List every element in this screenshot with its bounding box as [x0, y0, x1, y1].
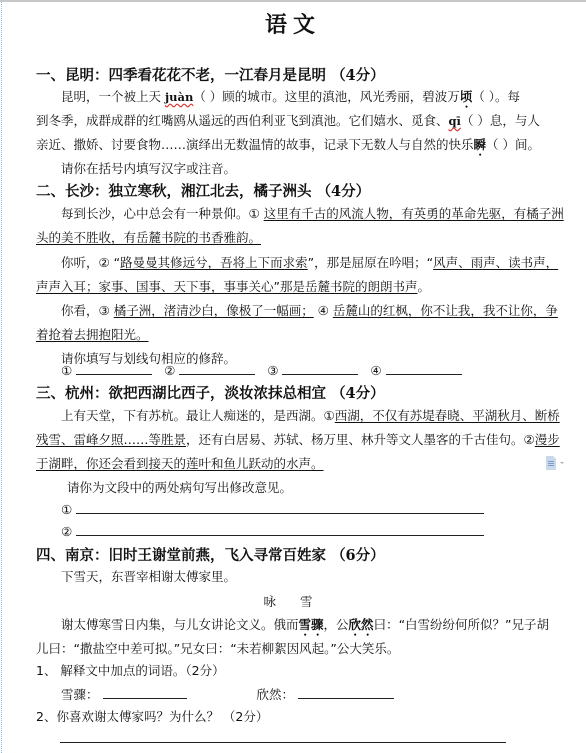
text: ，还有白居易、苏轼、杨万里、林升等文人墨客的千古佳句。②	[186, 432, 535, 447]
section-3-points: （4分）	[331, 385, 385, 402]
answer-label-2: ②	[61, 524, 72, 539]
field-label-xinran: 欣然：	[256, 687, 294, 702]
s2-line-1: 每到长沙，心中总会有一种景仰。① 这里有千古的风流人物，有英勇的革命先驱，有橘子…	[36, 201, 586, 226]
text: 每到长沙，心中总会有一种景仰。①	[61, 206, 264, 221]
answer-line-2[interactable]	[76, 521, 484, 536]
text: （ ）息，与人	[461, 113, 540, 128]
field-blank-xinran[interactable]	[298, 684, 394, 699]
underlined-sentence-1: 这里有千古的风流人物，有英勇的革命先驱，有橘子洲	[264, 206, 564, 221]
answer-label-3: ③	[267, 363, 278, 378]
s1-instruction: 请你在括号内填写汉字或注音。	[36, 156, 586, 181]
text: （ ）间。	[486, 137, 540, 152]
s2-line-5: 你看，③ 橘子洲，渚清沙白，像极了一幅画； ④ 岳麓山的红枫，你不让我，我不让你…	[36, 298, 586, 323]
text: ”，那是屈原在吟唱；“	[308, 255, 433, 270]
section-1-points: （4分）	[331, 67, 385, 84]
question-1-label: 1、 解释文中加点的词语。（2分）	[36, 663, 225, 678]
underlined-sentence-4: 岳麓山的红枫，你不让我，我不让你，争	[333, 303, 558, 318]
section-1-heading: 一、昆明：四季看花花不老，一江春月是昆明 （4分）	[36, 64, 385, 85]
s1-line-2: 到冬季，成群成群的红嘴鸥从遥远的西伯利亚飞到滇池。它们嬉水、觅食、qī（ ）息，…	[36, 108, 570, 134]
field-blank-xuezhou[interactable]	[103, 684, 187, 699]
underlined-faulty-sentence-1-cont: 残雪、雷峰夕照……等胜景	[36, 432, 186, 447]
section-4-heading-text: 四、南京：旧时王谢堂前燕，飞入寻常百姓家	[36, 547, 326, 564]
answer-label-2: ②	[164, 363, 175, 378]
text: （ ）。每	[472, 89, 520, 104]
text: 你听，② “	[61, 255, 120, 270]
section-3-heading-text: 三、杭州：欲把西湖比西子，淡妆浓抹总相宜	[36, 385, 326, 402]
text: 亲近、撒娇、讨要食物……演绎出无数温情的故事，记录下无数人与自然的快乐	[36, 137, 474, 152]
section-2-points: （4分）	[317, 183, 371, 200]
underlined-sentence-4-cont: 着抢着去拥抱阳光。	[36, 327, 149, 342]
section-3-heading: 三、杭州：欲把西湖比西子，淡妆浓抹总相宜 （4分）	[36, 382, 385, 403]
underlined-quote-cont: 声声入耳；家事、国事、天下事，事事关心	[36, 279, 274, 294]
text: 下雪天，东晋宰相谢太傅家里。	[61, 569, 236, 584]
document-page[interactable]: 语文 一、昆明：四季看花花不老，一江春月是昆明 （4分） 昆明，一个被上天 ju…	[0, 0, 586, 753]
s4-line-1: 谢太傅寒雪日内集，与儿女讲论文义。俄而雪骤，公欣然曰：“白雪纷纷何所似？”兄子胡	[36, 612, 586, 639]
text: ④	[314, 303, 333, 318]
underlined-sentence-1-cont: 头的美不胜收，有岳麓书院的书香雅韵。	[36, 230, 261, 245]
text: 曰：“白雪纷纷何所似？”兄子胡	[374, 617, 549, 632]
underlined-sentence-2: 路曼曼其修远兮，吾将上下而求索	[120, 255, 308, 270]
underlined-faulty-sentence-1: 西湖，不仅有苏堤春晓、平湖秋月、断桥	[335, 408, 560, 423]
answer-blank-1[interactable]	[76, 360, 152, 375]
s1-line-1: 昆明，一个被上天 juàn（ ）顾的城市。这里的滇池，风光秀丽，碧波万顷（ ）。…	[36, 84, 586, 111]
s4-question-2: 2、你喜欢谢太傅家吗？为什么？ （2分）	[36, 704, 570, 729]
s3-line-1: 上有天堂，下有苏杭。最让人痴迷的，是西湖。①西湖，不仅有苏堤春晓、平湖秋月、断桥	[36, 403, 586, 428]
text: 谢太傅寒雪日内集，与儿女讲论文义。俄而	[61, 617, 299, 632]
s4-intro: 下雪天，东晋宰相谢太傅家里。	[36, 564, 586, 589]
answer-label-1: ①	[61, 363, 72, 378]
text: 昆明，一个被上天	[61, 89, 165, 104]
section-4-heading: 四、南京：旧时王谢堂前燕，飞入寻常百姓家 （6分）	[36, 544, 385, 565]
answer-line-1[interactable]	[76, 499, 484, 514]
document-options-icon[interactable]	[545, 456, 557, 470]
s2-line-3: 你听，② “路曼曼其修远兮，吾将上下而求索”，那是屈原在吟唱；“风声、雨声、读书…	[36, 250, 586, 275]
s2-line-6: 着抢着去拥抱阳光。	[36, 322, 570, 347]
s2-line-4: 声声入耳；家事、国事、天下事，事事关心”那是岳麓书院的朗朗书声。	[36, 274, 570, 299]
underlined-faulty-sentence-2: 漫步	[535, 432, 560, 447]
dotted-char-shun: 瞬	[474, 137, 487, 152]
underlined-sentence-3: 橘子洲，渚清沙白，像极了一幅画；	[114, 303, 314, 318]
s3-line-3: 于湖畔，你还会看到接天的莲叶和鱼儿跃动的水声。	[36, 451, 570, 476]
section-2-heading: 二、长沙：独立寒秋，湘江北去，橘子洲头 （4分）	[36, 180, 370, 201]
pinyin-juan: juàn	[165, 90, 193, 104]
underlined-quote: 风声、雨声、读书声，	[433, 255, 558, 270]
section-2-heading-text: 二、长沙：独立寒秋，湘江北去，橘子洲头	[36, 183, 312, 200]
s3-line-2: 残雪、雷峰夕照……等胜景，还有白居易、苏轼、杨万里、林升等文人墨客的千古佳句。②…	[36, 427, 570, 452]
s1-line-3: 亲近、撒娇、讨要食物……演绎出无数温情的故事，记录下无数人与自然的快乐瞬（ ）间…	[36, 132, 570, 159]
answer-blank-3[interactable]	[282, 360, 358, 375]
s2-answer-row: ① ② ③ ④	[36, 358, 586, 383]
text: 你看，③	[61, 303, 114, 318]
section-1-heading-text: 一、昆明：四季看花花不老，一江春月是昆明	[36, 67, 326, 84]
text: ，公	[324, 617, 349, 632]
poem-title: 咏 雪	[0, 592, 586, 610]
text: 请你为文段中的两处病句写出修改意见。	[67, 480, 292, 495]
text: 儿曰：“撒盐空中差可拟。”兄女曰：“未若柳絮因风起。”公大笑乐。	[36, 641, 399, 656]
page-title: 语文	[0, 8, 586, 39]
dotted-word-xuezhou: 雪骤	[299, 617, 324, 632]
text: 上有天堂，下有苏杭。最让人痴迷的，是西湖。①	[61, 408, 335, 423]
field-label-xuezhou: 雪骤：	[61, 687, 99, 702]
section-4-points: （6分）	[331, 547, 385, 564]
dotted-char-qing: 顷	[460, 89, 473, 104]
text: 请你在括号内填写汉字或注音。	[61, 161, 236, 176]
answer-label-1: ①	[61, 502, 72, 517]
s4-question-1: 1、 解释文中加点的词语。（2分）	[36, 658, 570, 683]
answer-blank-4[interactable]	[386, 360, 462, 375]
text: （ ）顾的城市。这里的滇池，风光秀丽，碧波万	[193, 89, 459, 104]
text: 。	[418, 279, 431, 294]
s2-line-2: 头的美不胜收，有岳麓书院的书香雅韵。	[36, 225, 570, 250]
s3-answer-2: ②	[36, 519, 586, 544]
question-2-answer-line[interactable]	[60, 742, 506, 743]
dotted-word-xinran: 欣然	[349, 617, 374, 632]
text: 那是岳麓书院的朗朗书声	[280, 279, 418, 294]
question-2-label: 2、你喜欢谢太傅家吗？为什么？ （2分）	[36, 709, 268, 724]
answer-blank-2[interactable]	[179, 360, 255, 375]
text: 到冬季，成群成群的红嘴鸥从遥远的西伯利亚飞到滇池。它们嬉水、觅食、	[36, 113, 449, 128]
pinyin-qi: qī	[449, 114, 461, 128]
answer-label-4: ④	[370, 363, 381, 378]
underlined-faulty-sentence-2-cont: 于湖畔，你还会看到接天的莲叶和鱼儿跃动的水声。	[36, 456, 324, 471]
